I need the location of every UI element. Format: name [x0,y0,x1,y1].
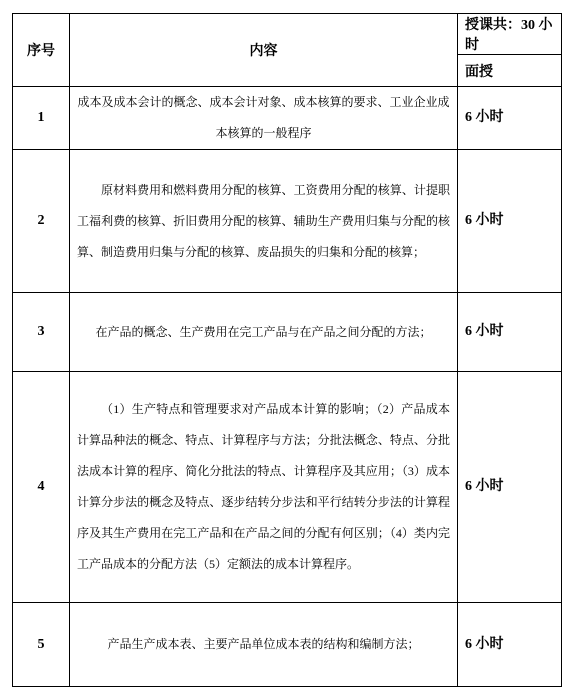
row-4-content: （1）生产特点和管理要求对产品成本计算的影响；（2）产品成本计算品种法的概念、特… [70,372,458,603]
table-row-1: 1 成本及成本会计的概念、成本会计对象、成本核算的要求、工业企业成本核算的一般程… [13,87,562,150]
header-content-column: 内容 [70,14,458,87]
table-row-5: 5 产品生产成本表、主要产品单位成本表的结构和编制方法； 6 小时 [13,603,562,687]
header-total-hours: 授课共：30 小时 [458,14,562,55]
row-2-hours: 6 小时 [458,150,562,293]
row-3-content: 在产品的概念、生产费用在完工产品与在产品之间分配的方法； [70,293,458,372]
row-1-number: 1 [13,87,70,150]
row-3-hours: 6 小时 [458,293,562,372]
row-4-number: 4 [13,372,70,603]
row-2-number: 2 [13,150,70,293]
row-1-hours: 6 小时 [458,87,562,150]
row-1-content: 成本及成本会计的概念、成本会计对象、成本核算的要求、工业企业成本核算的一般程序 [70,87,458,150]
table-row-4: 4 （1）生产特点和管理要求对产品成本计算的影响；（2）产品成本计算品种法的概念… [13,372,562,603]
row-5-content: 产品生产成本表、主要产品单位成本表的结构和编制方法； [70,603,458,687]
row-5-hours: 6 小时 [458,603,562,687]
row-3-number: 3 [13,293,70,372]
row-2-content: 原材料费用和燃料费用分配的核算、工资费用分配的核算、计提职工福利费的核算、折旧费… [70,150,458,293]
table-row-2: 2 原材料费用和燃料费用分配的核算、工资费用分配的核算、计提职工福利费的核算、折… [13,150,562,293]
course-syllabus-table: 序号 内容 授课共：30 小时 面授 1 成本及成本会计的概念、成本会计对象、成… [12,13,562,687]
row-5-number: 5 [13,603,70,687]
header-teaching-mode: 面授 [458,55,562,87]
header-number-column: 序号 [13,14,70,87]
table-row-3: 3 在产品的概念、生产费用在完工产品与在产品之间分配的方法； 6 小时 [13,293,562,372]
document-page: { "header": { "col_num": "序号", "col_cont… [0,0,571,695]
header-row-top: 序号 内容 授课共：30 小时 [13,14,562,55]
row-4-hours: 6 小时 [458,372,562,603]
